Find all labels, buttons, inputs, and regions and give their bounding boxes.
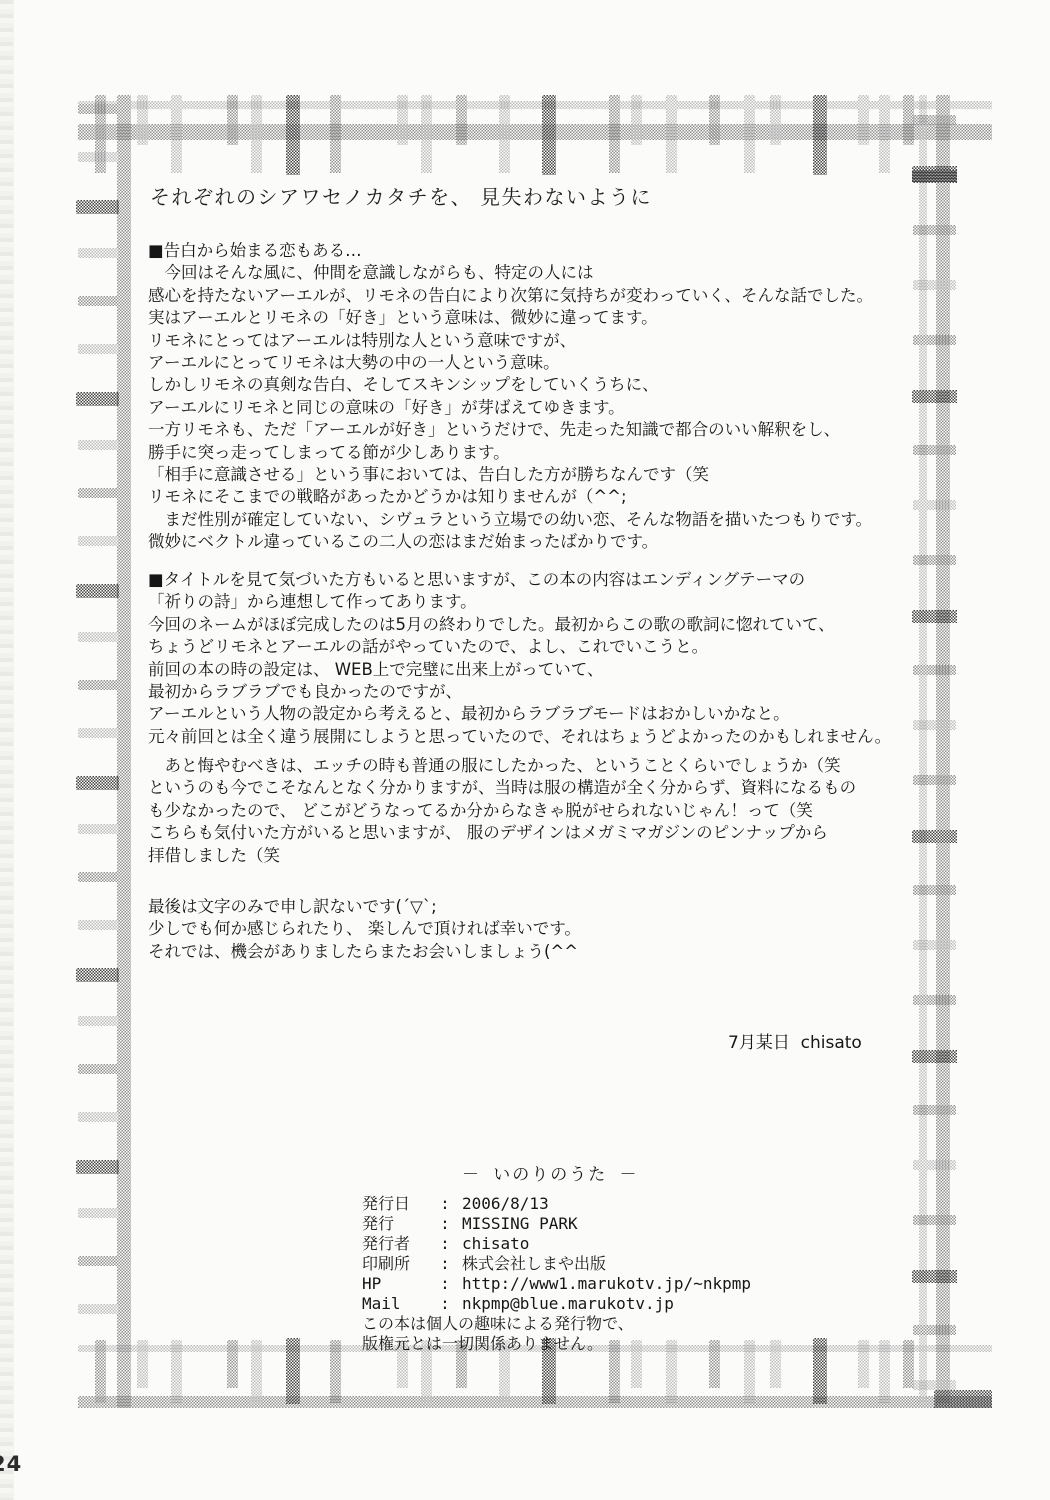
- plaid-border-bar: [117, 95, 131, 1408]
- plaid-border-bar: [78, 152, 118, 162]
- plaid-border-bar: [78, 536, 118, 546]
- afterword-block-2: ■タイトルを見て気づいた方もいると思いますが、この本の内容はエンディングテーマの…: [148, 569, 891, 748]
- plaid-border-bar: [227, 95, 238, 145]
- plaid-border-bar: [542, 95, 556, 175]
- plaid-border-bar: [936, 95, 950, 1403]
- plaid-border-bar: [913, 335, 956, 345]
- colophon-value: 2006/8/13: [462, 1194, 549, 1214]
- text-line: アーエルにリモネと同じの意味の「好き」が芽ばえてゆきます。: [148, 397, 873, 419]
- page-title: それぞれのシアワセノカタチを、 見失わないように: [150, 181, 652, 210]
- plaid-border-bar: [227, 1340, 238, 1388]
- plaid-border-bar: [78, 920, 118, 930]
- plaid-border-bar: [78, 1396, 992, 1408]
- colophon-note-line: この本は個人の趣味による発行物で、: [362, 1314, 751, 1334]
- text-line: 最初からラブラブでも良かったのですが、: [148, 681, 891, 703]
- plaid-border-bar: [78, 248, 118, 258]
- plaid-border-bar: [770, 95, 781, 145]
- plaid-border-bar: [912, 610, 957, 623]
- plaid-border-bar: [913, 1105, 956, 1115]
- plaid-border-bar: [78, 872, 118, 882]
- plaid-border-bar: [78, 488, 118, 498]
- colophon-book-title: － いのりのうた －: [462, 1160, 638, 1185]
- colophon-value: 株式会社しまや出版: [462, 1254, 606, 1274]
- text-line: アーエルにとってリモネは大勢の中の一人という意味。: [148, 352, 873, 374]
- plaid-border-bar: [78, 728, 118, 738]
- colophon-value: nkpmp@blue.marukotv.jp: [462, 1294, 674, 1314]
- plaid-border-bar: [171, 1340, 182, 1403]
- text-line: ちょうどリモネとアーエルの話がやっていたので、よし、これでいこうと。: [148, 636, 891, 658]
- colophon-value: http://www1.marukotv.jp/~nkpmp: [462, 1274, 751, 1294]
- plaid-border-bar: [666, 95, 677, 173]
- plaid-border-bar: [879, 95, 890, 173]
- author-signature: 7月某日 chisato: [728, 1028, 862, 1053]
- colophon-notes: この本は個人の趣味による発行物で、版権元とは一切関係ありません。: [362, 1314, 751, 1354]
- afterword-block-1: ■告白から始まる恋もある… 今回はそんな風に、仲間を意識しながらも、特定の人には…: [148, 240, 873, 554]
- plaid-border-bar: [78, 632, 118, 642]
- scan-edge-artifact: [0, 0, 14, 1500]
- plaid-border-bar: [76, 200, 119, 214]
- plaid-border-bar: [78, 824, 118, 834]
- plaid-border-bar: [631, 95, 642, 145]
- text-line: 感心を持たないアーエルが、リモネの告白により次第に気持ちが変わっていく、そんな話…: [148, 285, 873, 307]
- plaid-border-bar: [78, 101, 992, 109]
- plaid-border-bar: [609, 95, 620, 173]
- text-line: まだ性別が確定していない、シヴュラという立場での幼い恋、そんな物語を描いたつもり…: [148, 509, 873, 531]
- afterword-block-3: あと悔やむべきは、エッチの時も普通の服にしたかった、ということくらいでしょうか（…: [148, 755, 856, 867]
- plaid-border-bar: [913, 1215, 956, 1225]
- plaid-border-bar: [137, 95, 148, 145]
- colophon-separator: :: [428, 1214, 462, 1234]
- text-line: 最後は文字のみで申し訳ないです(´▽`;: [148, 896, 581, 918]
- text-line: 少しでも何か感じられたり、 楽しんで頂ければ幸いです。: [148, 918, 581, 940]
- text-line: アーエルという人物の設定から考えると、最初からラブラブモードはおかしいかなと。: [148, 703, 891, 725]
- plaid-border-bar: [78, 344, 118, 354]
- colophon-separator: :: [428, 1274, 462, 1294]
- text-line: 元々前回とは全く違う展開にしようと思っていたので、それはちょうどよかったのかもし…: [148, 726, 891, 748]
- colophon-label: 発行者: [362, 1234, 428, 1254]
- scanned-afterword-page: それぞれのシアワセノカタチを、 見失わないように ■告白から始まる恋もある… 今…: [0, 0, 1050, 1500]
- plaid-border-bar: [770, 1340, 781, 1388]
- plaid-border-bar: [330, 95, 341, 173]
- plaid-border-bar: [913, 500, 956, 510]
- plaid-border-bar: [78, 296, 118, 306]
- colophon-separator: :: [428, 1194, 462, 1214]
- plaid-border-bar: [913, 555, 956, 565]
- plaid-border-bar: [912, 1270, 957, 1283]
- afterword-block-4: 最後は文字のみで申し訳ないです(´▽`;少しでも何か感じられたり、 楽しんで頂け…: [148, 896, 581, 963]
- plaid-border-bar: [78, 124, 992, 140]
- text-line: それでは、機会がありましたらまたお会いしましょう(^^: [148, 941, 581, 963]
- plaid-border-bar: [912, 170, 957, 183]
- text-line: も少なかったので、 どこがどうなってるか分からなきゃ脱がせられないじゃん！って（…: [148, 800, 856, 822]
- text-line: 勝手に突っ走ってしまってる節が少しあります。: [148, 442, 873, 464]
- colophon-row: 発行者 : chisato: [362, 1234, 751, 1254]
- plaid-border-bar: [251, 1340, 262, 1403]
- plaid-border-bar: [397, 95, 408, 145]
- colophon-value: chisato: [462, 1234, 529, 1254]
- text-line: あと悔やむべきは、エッチの時も普通の服にしたかった、ということくらいでしょうか（…: [148, 755, 856, 777]
- plaid-border-bar: [78, 1208, 118, 1218]
- text-line: 実はアーエルとリモネの「好き」という意味は、微妙に違ってます。: [148, 307, 873, 329]
- plaid-border-bar: [913, 995, 956, 1005]
- text-line: 一方リモネも、ただ「アーエルが好き」というだけで、先走った知識で都合のいい解釈を…: [148, 419, 873, 441]
- text-line: リモネにそこまでの戦略があったかどうかは知りませんが（^^;: [148, 486, 873, 508]
- colophon-label: 発行: [362, 1214, 428, 1234]
- text-line: リモネにとってはアーエルは特別な人という意味ですが、: [148, 330, 873, 352]
- plaid-border-bar: [913, 1325, 956, 1335]
- text-line: こちらも気付いた方がいると思いますが、 服のデザインはメガミマガジンのピンナップ…: [148, 822, 856, 844]
- plaid-border-bar: [499, 95, 510, 173]
- plaid-border-bar: [95, 1340, 106, 1403]
- plaid-border-bar: [934, 1390, 992, 1408]
- colophon-separator: :: [428, 1294, 462, 1314]
- plaid-border-bar: [76, 1160, 119, 1174]
- colophon-row: 発行日 : 2006/8/13: [362, 1194, 751, 1214]
- plaid-border-bar: [78, 1064, 118, 1074]
- colophon-value: MISSING PARK: [462, 1214, 578, 1234]
- plaid-border-bar: [78, 1304, 118, 1314]
- colophon-rows: 発行日 : 2006/8/13 発行 : MISSING PARK 発行者 : …: [362, 1194, 751, 1314]
- plaid-border-bar: [813, 1338, 827, 1404]
- plaid-border-bar: [813, 95, 827, 175]
- colophon-label: HP: [362, 1274, 428, 1294]
- page-number: 24: [0, 1452, 22, 1476]
- colophon-row: HP : http://www1.marukotv.jp/~nkpmp: [362, 1274, 751, 1294]
- plaid-border-bar: [913, 1160, 956, 1170]
- plaid-border-bar: [912, 1050, 957, 1063]
- plaid-border-bar: [78, 1256, 118, 1266]
- plaid-border-bar: [78, 104, 118, 114]
- text-line: 拝借しました（笑: [148, 845, 856, 867]
- colophon-separator: :: [428, 1254, 462, 1274]
- colophon-row: 発行 : MISSING PARK: [362, 1214, 751, 1234]
- text-line: 「相手に意識させる」という事においては、告白した方が勝ちなんです（笑: [148, 464, 873, 486]
- plaid-border-bar: [913, 280, 956, 290]
- plaid-border-bar: [913, 720, 956, 730]
- plaid-border-bar: [912, 390, 957, 403]
- colophon-row: Mail : nkpmp@blue.marukotv.jp: [362, 1294, 751, 1314]
- plaid-border-bar: [913, 1380, 956, 1390]
- plaid-border-bar: [919, 95, 927, 1403]
- plaid-border-bar: [858, 95, 869, 145]
- text-line: というのも今でこそなんとなく分かりますが、当時は服の構造が全く分からず、資料にな…: [148, 777, 856, 799]
- plaid-border-bar: [912, 830, 957, 843]
- plaid-border-bar: [286, 1338, 300, 1404]
- plaid-border-bar: [76, 392, 119, 406]
- colophon-row: 印刷所 : 株式会社しまや出版: [362, 1254, 751, 1274]
- plaid-border-bar: [879, 1340, 890, 1403]
- plaid-border-bar: [76, 776, 119, 790]
- text-line: 「祈りの詩」から連想して作ってあります。: [148, 591, 891, 613]
- plaid-border-bar: [913, 445, 956, 455]
- plaid-border-bar: [76, 584, 119, 598]
- text-line: 微妙にベクトル違っているこの二人の恋はまだ始まったばかりです。: [148, 531, 873, 553]
- colophon-label: 発行日: [362, 1194, 428, 1214]
- plaid-border-bar: [171, 95, 182, 173]
- colophon-note-line: 版権元とは一切関係ありません。: [362, 1334, 751, 1354]
- plaid-border-bar: [330, 1340, 341, 1403]
- colophon-separator: :: [428, 1234, 462, 1254]
- plaid-border-bar: [76, 968, 119, 982]
- plaid-border-bar: [137, 1340, 148, 1388]
- plaid-border-bar: [286, 95, 300, 175]
- plaid-border-bar: [78, 1112, 118, 1122]
- plaid-border-bar: [421, 95, 432, 173]
- plaid-border-bar: [913, 225, 956, 235]
- text-line: 前回の本の時の設定は、 WEB上で完璧に出来上がっていて、: [148, 659, 891, 681]
- plaid-border-bar: [913, 115, 956, 125]
- plaid-border-bar: [78, 1016, 118, 1026]
- text-line: ■告白から始まる恋もある…: [148, 240, 873, 262]
- plaid-border-bar: [456, 95, 467, 145]
- colophon-label: Mail: [362, 1294, 428, 1314]
- plaid-border-bar: [913, 775, 956, 785]
- plaid-border-bar: [709, 95, 720, 145]
- plaid-border-bar: [913, 885, 956, 895]
- plaid-border-bar: [251, 95, 262, 173]
- plaid-border-bar: [913, 665, 956, 675]
- plaid-border-bar: [913, 940, 956, 950]
- plaid-border-bar: [78, 440, 118, 450]
- text-line: 今回はそんな風に、仲間を意識しながらも、特定の人には: [148, 262, 873, 284]
- text-line: ■タイトルを見て気づいた方もいると思いますが、この本の内容はエンディングテーマの: [148, 569, 891, 591]
- plaid-border-bar: [744, 95, 755, 173]
- plaid-border-bar: [78, 680, 118, 690]
- colophon-label: 印刷所: [362, 1254, 428, 1274]
- text-line: 今回のネームがほぼ完成したのは5月の終わりでした。最初からこの歌の歌詞に惚れてい…: [148, 614, 891, 636]
- colophon: 発行日 : 2006/8/13 発行 : MISSING PARK 発行者 : …: [362, 1194, 751, 1354]
- plaid-border-bar: [858, 1340, 869, 1388]
- text-line: しかしリモネの真剣な告白、そしてスキンシップをしていくうちに、: [148, 374, 873, 396]
